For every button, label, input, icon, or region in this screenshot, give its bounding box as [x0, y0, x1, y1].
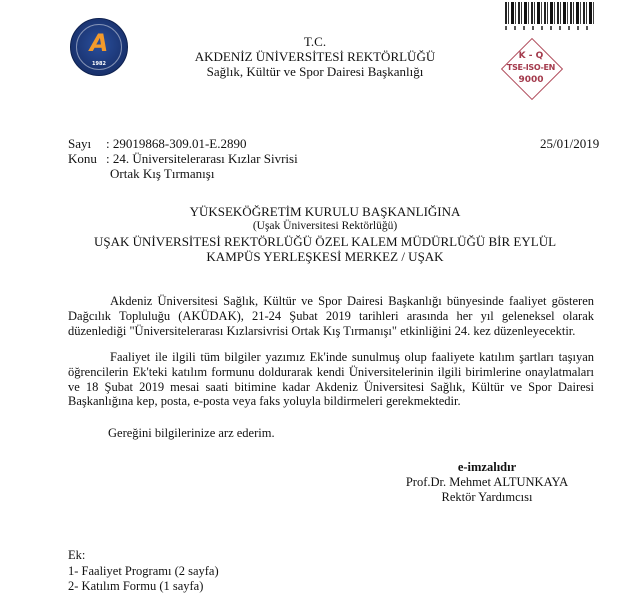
seal-letter: A	[71, 30, 127, 56]
attachments-list: Ek: 1- Faaliyet Programı (2 sayfa) 2- Ka…	[68, 548, 219, 594]
letterhead: T.C. AKDENİZ ÜNİVERSİTESİ REKTÖRLÜĞÜ Sağ…	[160, 34, 470, 79]
body-paragraph-1: Akdeniz Üniversitesi Sağlık, Kültür ve S…	[68, 294, 594, 338]
body-paragraph-1-text: Akdeniz Üniversitesi Sağlık, Kültür ve S…	[68, 294, 594, 338]
signatory-title: Rektör Yardımcısı	[392, 490, 582, 505]
closing-sentence: Gereğini bilgilerinize arz ederim.	[108, 426, 275, 441]
addressee-block: YÜKSEKÖĞRETİM KURULU BAŞKANLIĞINA (Uşak …	[60, 204, 590, 264]
tse-iso-quality-stamp-icon: K - Q TSE-ISO-EN 9000	[500, 37, 562, 99]
addressee-line-1: YÜKSEKÖĞRETİM KURULU BAŞKANLIĞINA	[60, 204, 590, 219]
document-number-row: Sayı: 29019868-309.01-E.2890	[68, 136, 246, 151]
stamp-line-3: 9000	[500, 75, 562, 85]
body-paragraph-2-text: Faaliyet ile ilgili tüm bilgiler yazımız…	[68, 350, 594, 408]
body-paragraph-2: Faaliyet ile ilgili tüm bilgiler yazımız…	[68, 350, 594, 409]
subject-value-continued: Ortak Kış Tırmanışı	[110, 166, 214, 181]
document-date: 25/01/2019	[540, 136, 599, 152]
e-signature-status: e-imzalıdır	[392, 460, 582, 475]
signatory-name: Prof.Dr. Mehmet ALTUNKAYA	[392, 475, 582, 490]
letterhead-institution: AKDENİZ ÜNİVERSİTESİ REKTÖRLÜĞÜ	[160, 49, 470, 64]
stamp-line-2: TSE-ISO-EN	[500, 63, 562, 72]
addressee-line-2: (Uşak Üniversitesi Rektörlüğü)	[60, 219, 590, 234]
stamp-line-1: K - Q	[500, 51, 562, 61]
document-number-value: : 29019868-309.01-E.2890	[106, 136, 246, 151]
letterhead-department: Sağlık, Kültür ve Spor Dairesi Başkanlığ…	[160, 64, 470, 79]
addressee-line-4: KAMPÜS YERLEŞKESİ MERKEZ / UŞAK	[60, 249, 590, 264]
signature-block: e-imzalıdır Prof.Dr. Mehmet ALTUNKAYA Re…	[392, 460, 582, 505]
university-seal-icon: A 1982	[70, 18, 128, 76]
document-number-label: Sayı	[68, 136, 106, 151]
attachment-item: 2- Katılım Formu (1 sayfa)	[68, 579, 219, 594]
attachments-label: Ek:	[68, 548, 219, 564]
seal-year: 1982	[71, 61, 127, 67]
letterhead-country: T.C.	[160, 34, 470, 49]
barcode-icon	[505, 2, 595, 24]
subject-value: : 24. Üniversitelerarası Kızlar Sivrisi	[106, 151, 298, 166]
barcode-caption	[505, 26, 595, 30]
subject-label: Konu	[68, 151, 106, 166]
addressee-line-3: UŞAK ÜNİVERSİTESİ REKTÖRLÜĞÜ ÖZEL KALEM …	[60, 234, 590, 249]
attachment-item: 1- Faaliyet Programı (2 sayfa)	[68, 564, 219, 580]
subject-row: Konu: 24. Üniversitelerarası Kızlar Sivr…	[68, 151, 298, 166]
